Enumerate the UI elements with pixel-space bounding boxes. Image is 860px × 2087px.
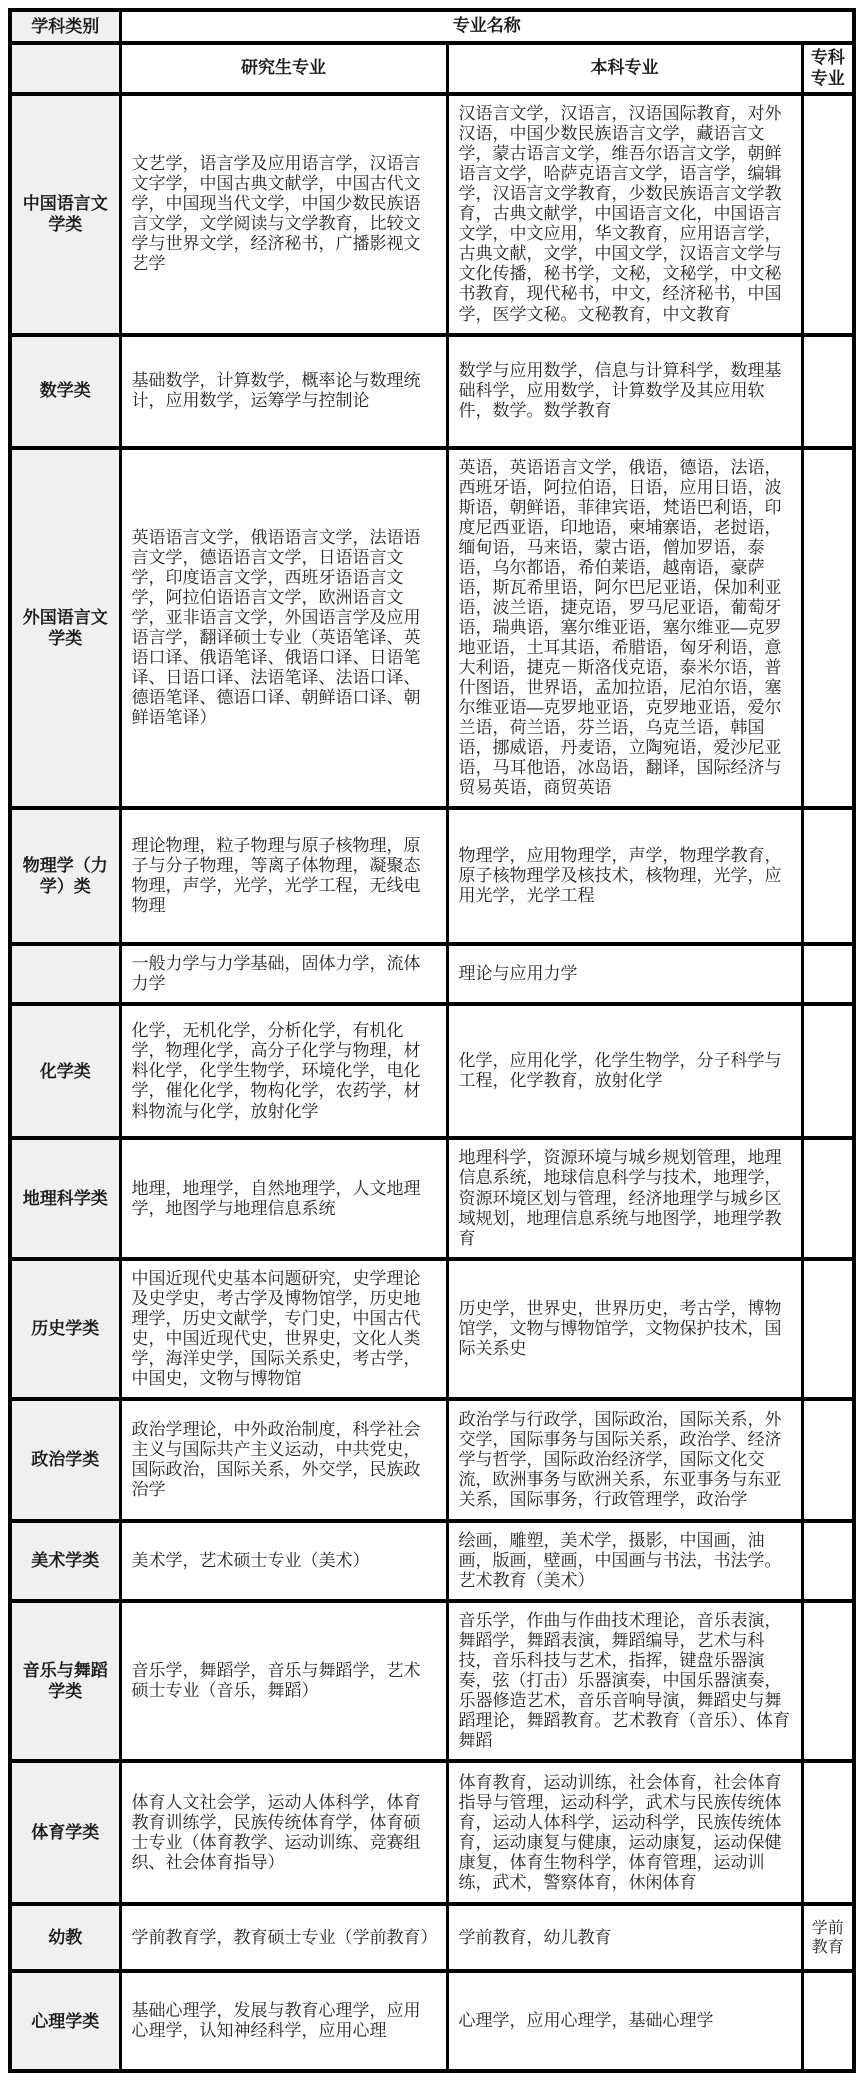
graduate-cell: 基础数学，计算数学，概率论与数理统计，应用数学，运筹学与控制论: [120, 335, 447, 448]
table-row: 美术学类美术学，艺术硕士专业（美术）绘画，雕塑，美术学，摄影，中国画，油画，版画…: [10, 1521, 854, 1601]
college-cell: [802, 1399, 854, 1521]
graduate-cell: 音乐学，舞蹈学，音乐与舞蹈学，艺术硕士专业（音乐，舞蹈）: [120, 1601, 447, 1761]
category-cell: 数学类: [10, 335, 120, 448]
college-cell: [802, 1259, 854, 1399]
college-cell: [802, 1601, 854, 1761]
header-major-name: 专业名称: [120, 10, 854, 43]
college-cell: [802, 1761, 854, 1904]
category-cell: 化学类: [10, 1004, 120, 1138]
undergraduate-cell: 物理学，应用物理学，声学，物理学教育，原子核物理学及核技术，核物理，光学，应用光…: [447, 808, 802, 944]
category-cell: 政治学类: [10, 1399, 120, 1521]
undergraduate-cell: 英语，英语语言文学，俄语，德语，法语，西班牙语，阿拉伯语，日语，应用日语，波斯语…: [447, 448, 802, 809]
table-row: 化学类化学，无机化学，分析化学，有机化学，物理化学，高分子化学与物理，材料化学，…: [10, 1004, 854, 1138]
undergraduate-cell: 理论与应用力学: [447, 944, 802, 1004]
header-graduate: 研究生专业: [120, 43, 447, 94]
table-row: 体育学类体育人文社会学，运动人体科学，体育教育训练学，民族传统体育学，体育硕士专…: [10, 1761, 854, 1904]
graduate-cell: 化学，无机化学，分析化学，有机化学，物理化学，高分子化学与物理，材料化学，化学生…: [120, 1004, 447, 1138]
college-cell: [802, 808, 854, 944]
category-cell: [10, 944, 120, 1004]
graduate-cell: 体育人文社会学，运动人体科学，体育教育训练学，民族传统体育学，体育硕士专业（体育…: [120, 1761, 447, 1904]
graduate-cell: 基础心理学，发展与教育心理学，应用心理学，认知神经科学，应用心理: [120, 1971, 447, 2071]
table-row: 音乐与舞蹈学类音乐学，舞蹈学，音乐与舞蹈学，艺术硕士专业（音乐，舞蹈）音乐学，作…: [10, 1601, 854, 1761]
table-row: 历史学类中国近现代史基本问题研究，史学理论及史学史，考古学及博物馆学，历史地理学…: [10, 1259, 854, 1399]
table-row: 心理学类基础心理学，发展与教育心理学，应用心理学，认知神经科学，应用心理心理学，…: [10, 1971, 854, 2071]
undergraduate-cell: 化学，应用化学，化学生物学，分子科学与工程，化学教育，放射化学: [447, 1004, 802, 1138]
undergraduate-cell: 心理学，应用心理学，基础心理学: [447, 1971, 802, 2071]
header-category: 学科类别: [10, 10, 120, 43]
category-cell: 历史学类: [10, 1259, 120, 1399]
college-cell: [802, 94, 854, 335]
majors-table: 学科类别 专业名称 研究生专业 本科专业 专科 专业 中国语言文学类文艺学，语言…: [8, 8, 856, 2073]
college-cell: [802, 1521, 854, 1601]
graduate-cell: 理论物理，粒子物理与原子核物理，原子与分子物理，等离子体物理，凝聚态物理，声学，…: [120, 808, 447, 944]
graduate-cell: 英语语言文学，俄语语言文学，法语语言文学，德语语言文学，日语语言文学，印度语言文…: [120, 448, 447, 809]
table-row: 数学类基础数学，计算数学，概率论与数理统计，应用数学，运筹学与控制论数学与应用数…: [10, 335, 854, 448]
table-body: 中国语言文学类文艺学，语言学及应用语言学，汉语言文字学，中国古典文献学，中国古代…: [10, 94, 854, 2071]
college-cell: [802, 1004, 854, 1138]
header-row-2: 研究生专业 本科专业 专科 专业: [10, 43, 854, 94]
category-cell: 地理科学类: [10, 1138, 120, 1258]
category-cell: 中国语言文学类: [10, 94, 120, 335]
graduate-cell: 美术学，艺术硕士专业（美术）: [120, 1521, 447, 1601]
table-row: 外国语言文学类英语语言文学，俄语语言文学，法语语言文学，德语语言文学，日语语言文…: [10, 448, 854, 809]
undergraduate-cell: 学前教育，幼儿教育: [447, 1904, 802, 1971]
college-cell: 学前教育: [802, 1904, 854, 1971]
table-row: 中国语言文学类文艺学，语言学及应用语言学，汉语言文字学，中国古典文献学，中国古代…: [10, 94, 854, 335]
undergraduate-cell: 汉语言文学，汉语言，汉语国际教育，对外汉语，中国少数民族语言文学，藏语言文学，蒙…: [447, 94, 802, 335]
category-cell: 外国语言文学类: [10, 448, 120, 809]
category-cell: 体育学类: [10, 1761, 120, 1904]
undergraduate-cell: 音乐学，作曲与作曲技术理论，音乐表演，舞蹈学，舞蹈表演，舞蹈编导，艺术与科技，音…: [447, 1601, 802, 1761]
graduate-cell: 文艺学，语言学及应用语言学，汉语言文字学，中国古典文献学，中国古代文学，中国现当…: [120, 94, 447, 335]
undergraduate-cell: 地理科学，资源环境与城乡规划管理，地理信息系统，地球信息科学与技术，地理学，资源…: [447, 1138, 802, 1258]
graduate-cell: 地理，地理学，自然地理学，人文地理学，地图学与地理信息系统: [120, 1138, 447, 1258]
category-cell: 心理学类: [10, 1971, 120, 2071]
college-cell: [802, 448, 854, 809]
graduate-cell: 政治学理论，中外政治制度，科学社会主义与国际共产主义运动，中共党史，国际政治，国…: [120, 1399, 447, 1521]
college-cell: [802, 1971, 854, 2071]
table-row: 物理学（力学）类理论物理，粒子物理与原子核物理，原子与分子物理，等离子体物理，凝…: [10, 808, 854, 944]
college-cell: [802, 335, 854, 448]
table-row: 一般力学与力学基础，固体力学，流体力学理论与应用力学: [10, 944, 854, 1004]
table-header: 学科类别 专业名称 研究生专业 本科专业 专科 专业: [10, 10, 854, 94]
college-cell: [802, 1138, 854, 1258]
table-row: 幼教学前教育学，教育硕士专业（学前教育）学前教育，幼儿教育学前教育: [10, 1904, 854, 1971]
category-cell: 音乐与舞蹈学类: [10, 1601, 120, 1761]
undergraduate-cell: 绘画，雕塑，美术学，摄影，中国画，油画，版画，壁画，中国画与书法，书法学。艺术教…: [447, 1521, 802, 1601]
graduate-cell: 学前教育学，教育硕士专业（学前教育）: [120, 1904, 447, 1971]
undergraduate-cell: 历史学，世界史，世界历史，考古学，博物馆学，文物与博物馆学，文物保护技术，国际关…: [447, 1259, 802, 1399]
header-college: 专科 专业: [802, 43, 854, 94]
header-row-1: 学科类别 专业名称: [10, 10, 854, 43]
undergraduate-cell: 数学与应用数学，信息与计算科学，数理基础科学，应用数学，计算数学及其应用软件，数…: [447, 335, 802, 448]
graduate-cell: 一般力学与力学基础，固体力学，流体力学: [120, 944, 447, 1004]
graduate-cell: 中国近现代史基本问题研究，史学理论及史学史，考古学及博物馆学，历史地理学，历史文…: [120, 1259, 447, 1399]
category-cell: 美术学类: [10, 1521, 120, 1601]
header-undergraduate: 本科专业: [447, 43, 802, 94]
table-row: 政治学类政治学理论，中外政治制度，科学社会主义与国际共产主义运动，中共党史，国际…: [10, 1399, 854, 1521]
header-category-spacer: [10, 43, 120, 94]
undergraduate-cell: 体育教育，运动训练，社会体育，社会体育指导与管理，运动科学，武术与民族传统体育，…: [447, 1761, 802, 1904]
undergraduate-cell: 政治学与行政学，国际政治，国际关系，外交学，国际事务与国际关系，政治学、经济学与…: [447, 1399, 802, 1521]
college-cell: [802, 944, 854, 1004]
category-cell: 物理学（力学）类: [10, 808, 120, 944]
table-row: 地理科学类地理，地理学，自然地理学，人文地理学，地图学与地理信息系统地理科学，资…: [10, 1138, 854, 1258]
page: 学科类别 专业名称 研究生专业 本科专业 专科 专业 中国语言文学类文艺学，语言…: [0, 0, 860, 2087]
category-cell: 幼教: [10, 1904, 120, 1971]
